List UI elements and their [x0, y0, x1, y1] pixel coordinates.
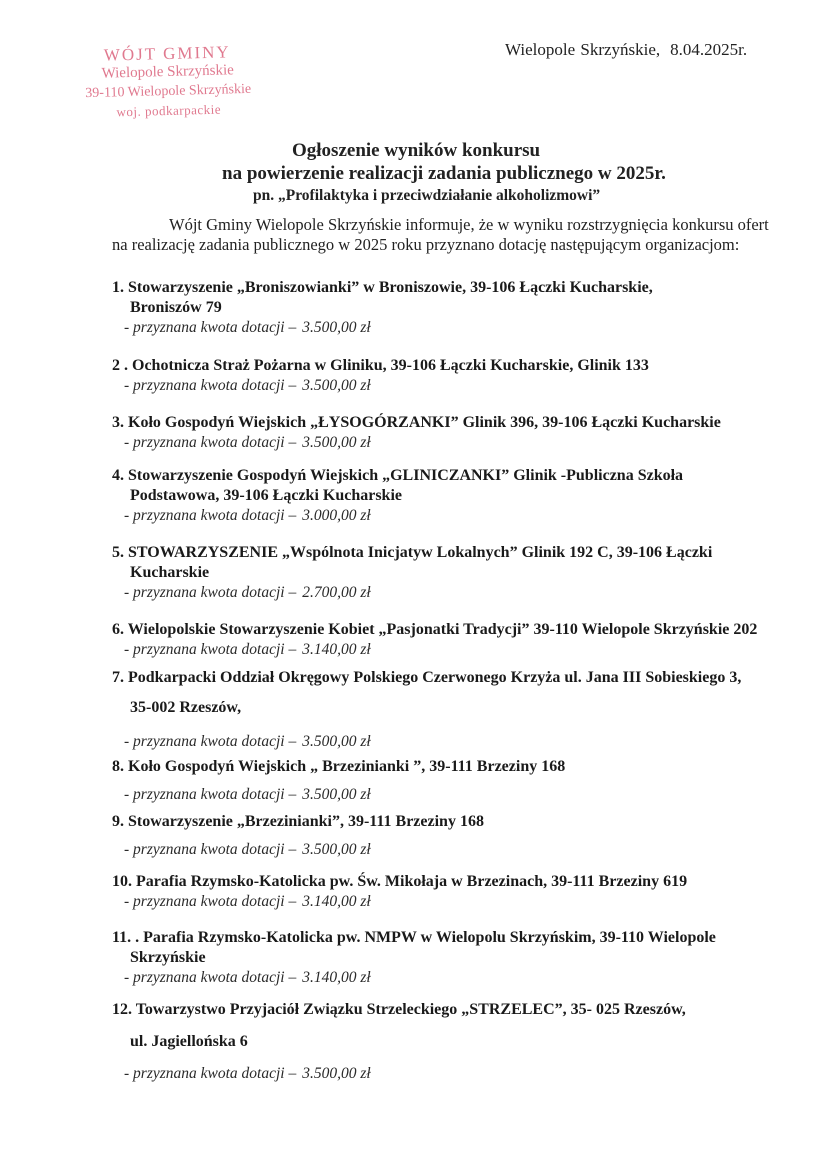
organization-line-2: Kucharskie	[112, 563, 792, 583]
grant-amount: 3.500,00 zł	[302, 786, 370, 803]
organization-name: 7. Podkarpacki Oddział Okręgowy Polskieg…	[112, 668, 792, 718]
grant-item: 3. Koło Gospodyń Wiejskich „ŁYSOGÓRZANKI…	[112, 413, 792, 453]
organization-name: 1. Stowarzyszenie „Broniszowianki” w Bro…	[112, 278, 792, 318]
title-line-3: pn. „Profilaktyka i przeciwdziałanie alk…	[253, 187, 600, 205]
grant-item: 9. Stowarzyszenie „Brzezinianki”, 39-111…	[112, 812, 792, 860]
intro-line-1: Wójt Gminy Wielopole Skrzyńskie informuj…	[112, 215, 792, 235]
organization-line-1: Stowarzyszenie „Brzezinianki”, 39-111 Br…	[128, 813, 484, 830]
grant-item: 4. Stowarzyszenie Gospodyń Wiejskich „GL…	[112, 466, 792, 526]
grant-label: - przyznana kwota dotacji –	[124, 377, 296, 394]
grant-label: - przyznana kwota dotacji –	[124, 786, 296, 803]
grant-amount: 3.140,00 zł	[302, 969, 370, 986]
organization-line-2: Podstawowa, 39-106 Łączki Kucharskie	[112, 486, 792, 506]
organization-name: 8. Koło Gospodyń Wiejskich „ Brzeziniank…	[112, 757, 792, 777]
organization-line-1: Podkarpacki Oddział Okręgowy Polskiego C…	[128, 669, 741, 686]
grant-item: 1. Stowarzyszenie „Broniszowianki” w Bro…	[112, 278, 792, 338]
grant-item: 6. Wielopolskie Stowarzyszenie Kobiet „P…	[112, 620, 792, 660]
grant-amount-line: - przyznana kwota dotacji –3.140,00 zł	[112, 892, 792, 912]
grant-amount-line: - przyznana kwota dotacji –3.140,00 zł	[112, 640, 792, 660]
grant-amount: 3.500,00 zł	[302, 319, 370, 336]
grant-amount-line: - przyznana kwota dotacji –3.500,00 zł	[112, 785, 792, 805]
item-number: 11. .	[112, 929, 143, 946]
intro-line-2: na realizację zadania publicznego w 2025…	[112, 235, 792, 255]
grant-item: 2 . Ochotnicza Straż Pożarna w Gliniku, …	[112, 356, 792, 396]
grant-amount: 3.500,00 zł	[302, 1065, 370, 1082]
organization-line-1: Parafia Rzymsko-Katolicka pw. NMPW w Wie…	[143, 929, 716, 946]
grant-item: 5. STOWARZYSZENIE „Wspólnota Inicjatyw L…	[112, 543, 792, 603]
grant-label: - przyznana kwota dotacji –	[124, 641, 296, 658]
organization-name: 2 . Ochotnicza Straż Pożarna w Gliniku, …	[112, 356, 792, 376]
organization-name: 11. . Parafia Rzymsko-Katolicka pw. NMPW…	[112, 928, 792, 968]
title-line-2: na powierzenie realizacji zadania public…	[222, 163, 666, 185]
grant-amount-line: - przyznana kwota dotacji –3.500,00 zł	[112, 840, 792, 860]
grant-label: - przyznana kwota dotacji –	[124, 841, 296, 858]
grant-amount: 3.500,00 zł	[302, 733, 370, 750]
grant-amount-line: - przyznana kwota dotacji –3.500,00 zł	[112, 732, 792, 752]
organization-line-1: Ochotnicza Straż Pożarna w Gliniku, 39-1…	[132, 357, 649, 374]
organization-name: 12. Towarzystwo Przyjaciół Związku Strze…	[112, 1000, 792, 1052]
grant-label: - przyznana kwota dotacji –	[124, 893, 296, 910]
item-number: 1.	[112, 279, 128, 296]
item-number: 3.	[112, 414, 128, 431]
grant-label: - przyznana kwota dotacji –	[124, 434, 296, 451]
item-number: 8.	[112, 758, 128, 775]
place: Wielopole Skrzyńskie,	[505, 40, 660, 59]
grant-amount: 3.140,00 zł	[302, 641, 370, 658]
organization-line-2: ul. Jagiellońska 6	[112, 1032, 792, 1052]
grant-amount: 3.500,00 zł	[302, 434, 370, 451]
organization-name: 6. Wielopolskie Stowarzyszenie Kobiet „P…	[112, 620, 792, 640]
grant-item: 11. . Parafia Rzymsko-Katolicka pw. NMPW…	[112, 928, 792, 988]
grant-amount: 2.700,00 zł	[302, 584, 370, 601]
organization-name: 10. Parafia Rzymsko-Katolicka pw. Św. Mi…	[112, 872, 792, 892]
grant-amount-line: - przyznana kwota dotacji –3.500,00 zł	[112, 376, 792, 396]
grant-label: - przyznana kwota dotacji –	[124, 584, 296, 601]
grant-amount-line: - przyznana kwota dotacji –3.500,00 zł	[112, 318, 792, 338]
grant-item: 12. Towarzystwo Przyjaciół Związku Strze…	[112, 1000, 792, 1084]
grant-amount-line: - przyznana kwota dotacji –3.000,00 zł	[112, 506, 792, 526]
grant-label: - przyznana kwota dotacji –	[124, 733, 296, 750]
organization-line-1: Koło Gospodyń Wiejskich „ŁYSOGÓRZANKI” G…	[128, 414, 721, 431]
item-number: 5.	[112, 544, 128, 561]
organization-line-1: Stowarzyszenie „Broniszowianki” w Bronis…	[128, 279, 653, 296]
organization-line-1: Wielopolskie Stowarzyszenie Kobiet „Pasj…	[128, 621, 758, 638]
grant-amount: 3.500,00 zł	[302, 377, 370, 394]
item-number: 6.	[112, 621, 128, 638]
grant-label: - przyznana kwota dotacji –	[124, 507, 296, 524]
organization-name: 3. Koło Gospodyń Wiejskich „ŁYSOGÓRZANKI…	[112, 413, 792, 433]
item-number: 9.	[112, 813, 128, 830]
grant-amount-line: - przyznana kwota dotacji –2.700,00 zł	[112, 583, 792, 603]
grant-amount-line: - przyznana kwota dotacji –3.500,00 zł	[112, 433, 792, 453]
grant-amount: 3.140,00 zł	[302, 893, 370, 910]
organization-name: 5. STOWARZYSZENIE „Wspólnota Inicjatyw L…	[112, 543, 792, 583]
title-line-1: Ogłoszenie wyników konkursu	[292, 140, 540, 162]
item-number: 7.	[112, 669, 128, 686]
grant-amount-line: - przyznana kwota dotacji –3.140,00 zł	[112, 968, 792, 988]
grant-amount: 3.500,00 zł	[302, 841, 370, 858]
item-number: 4.	[112, 467, 128, 484]
grant-amount: 3.000,00 zł	[302, 507, 370, 524]
organization-line-1: Towarzystwo Przyjaciół Związku Strzeleck…	[136, 1001, 686, 1018]
grant-amount-line: - przyznana kwota dotacji –3.500,00 zł	[112, 1064, 792, 1084]
organization-line-2: Broniszów 79	[112, 298, 792, 318]
organization-line-2: 35-002 Rzeszów,	[112, 698, 792, 718]
organization-line-1: Koło Gospodyń Wiejskich „ Brzezinianki ”…	[128, 758, 565, 775]
intro-paragraph: Wójt Gminy Wielopole Skrzyńskie informuj…	[112, 215, 792, 255]
place-and-date: Wielopole Skrzyńskie,8.04.2025r.	[505, 40, 747, 60]
organization-line-1: Stowarzyszenie Gospodyń Wiejskich „GLINI…	[128, 467, 683, 484]
date: 8.04.2025r.	[670, 40, 747, 59]
item-number: 12.	[112, 1001, 136, 1018]
organization-name: 4. Stowarzyszenie Gospodyń Wiejskich „GL…	[112, 466, 792, 506]
grant-label: - przyznana kwota dotacji –	[124, 1065, 296, 1082]
organization-name: 9. Stowarzyszenie „Brzezinianki”, 39-111…	[112, 812, 792, 832]
official-stamp: WÓJT GMINY Wielopole Skrzyńskie 39-110 W…	[77, 42, 259, 123]
grant-item: 7. Podkarpacki Oddział Okręgowy Polskieg…	[112, 668, 792, 752]
grant-label: - przyznana kwota dotacji –	[124, 319, 296, 336]
item-number: 2 .	[112, 357, 132, 374]
grant-label: - przyznana kwota dotacji –	[124, 969, 296, 986]
organization-line-2: Skrzyńskie	[112, 948, 792, 968]
organization-line-1: Parafia Rzymsko-Katolicka pw. Św. Mikoła…	[136, 873, 687, 890]
organization-line-1: STOWARZYSZENIE „Wspólnota Inicjatyw Loka…	[128, 544, 712, 561]
grant-item: 10. Parafia Rzymsko-Katolicka pw. Św. Mi…	[112, 872, 792, 912]
grant-item: 8. Koło Gospodyń Wiejskich „ Brzeziniank…	[112, 757, 792, 805]
item-number: 10.	[112, 873, 136, 890]
